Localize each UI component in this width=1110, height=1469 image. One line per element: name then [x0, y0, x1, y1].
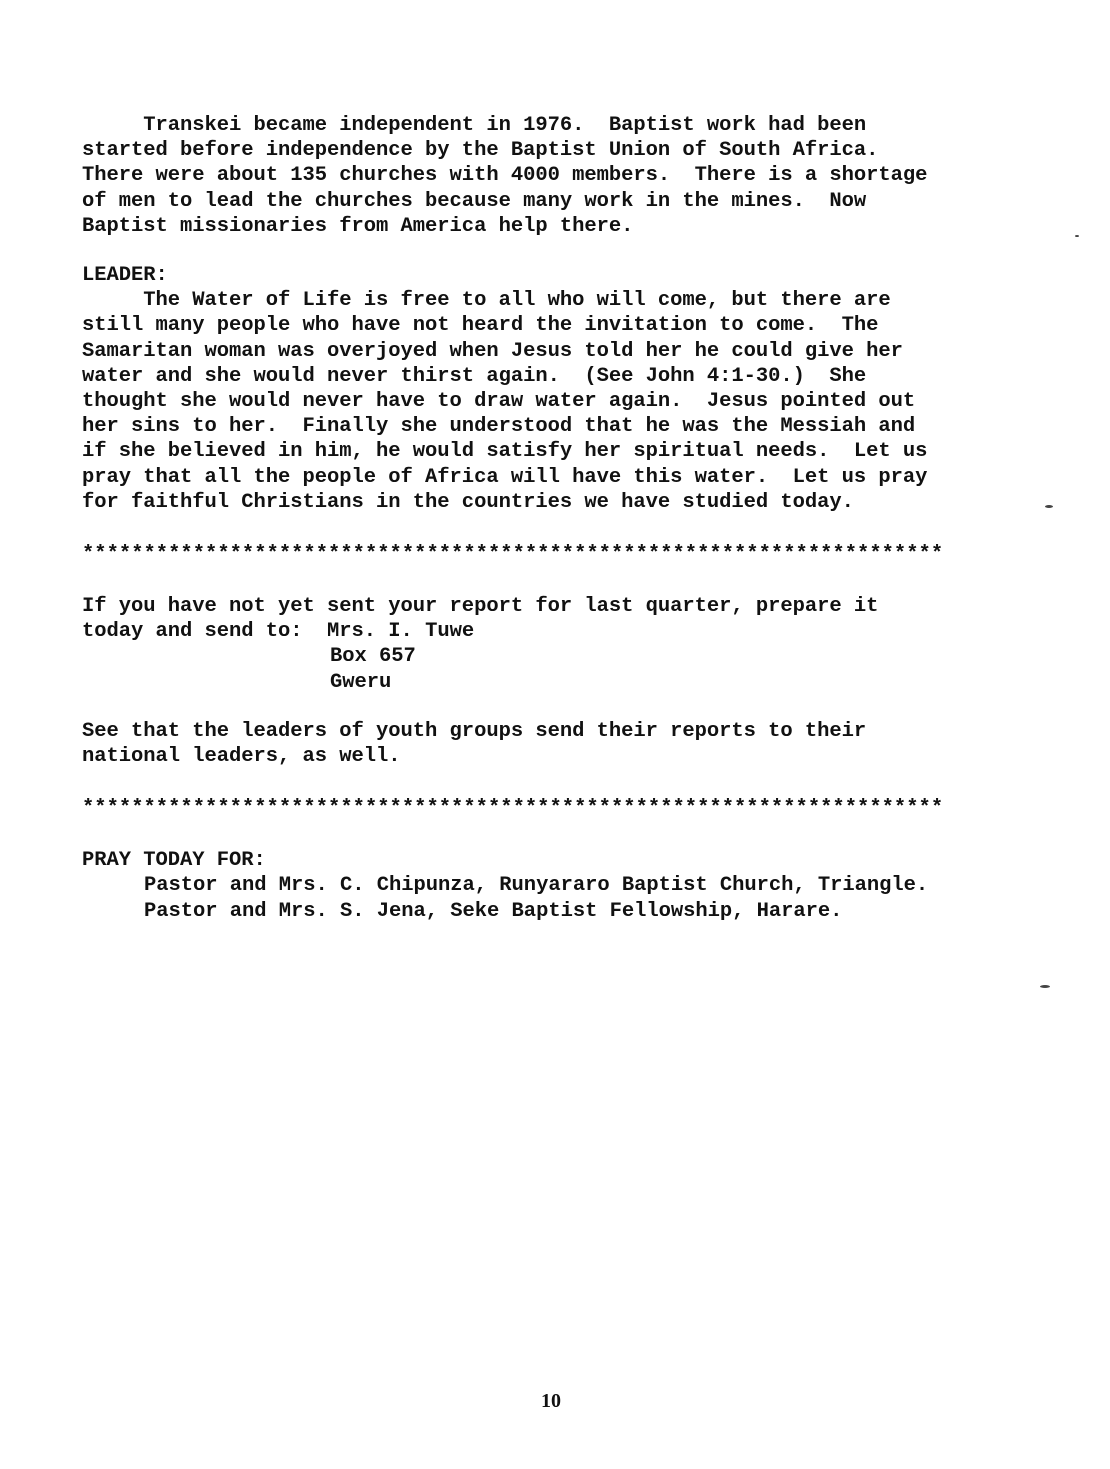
text-line: See that the leaders of youth groups sen… — [82, 719, 962, 744]
address-name: Mrs. I. Tuwe — [327, 620, 474, 643]
leader-heading: LEADER: — [82, 263, 962, 288]
text-line: pray that all the people of Africa will … — [82, 465, 962, 490]
intro-paragraph: Transkei became independent in 1976. Bap… — [82, 113, 962, 239]
send-to-label: today and send to: — [82, 620, 327, 643]
text-line: still many people who have not heard the… — [82, 313, 962, 338]
youth-section: See that the leaders of youth groups sen… — [82, 719, 962, 769]
address-box: Box 657 — [82, 644, 962, 669]
scan-speck — [1045, 505, 1053, 508]
report-section: If you have not yet sent your report for… — [82, 594, 962, 695]
asterisk-separator: ****************************************… — [82, 796, 962, 821]
text-line: started before independence by the Bapti… — [82, 138, 962, 163]
text-line: thought she would never have to draw wat… — [82, 389, 962, 414]
text-line: if she believed in him, he would satisfy… — [82, 439, 962, 464]
page-number: 10 — [0, 1390, 1110, 1413]
text-line: national leaders, as well. — [82, 744, 962, 769]
text-line: If you have not yet sent your report for… — [82, 594, 962, 619]
text-line: Baptist missionaries from America help t… — [82, 214, 962, 239]
address-city: Gweru — [82, 670, 962, 695]
text-line: There were about 135 churches with 4000 … — [82, 163, 962, 188]
text-line: for faithful Christians in the countries… — [82, 490, 962, 515]
scan-speck — [1075, 235, 1079, 237]
document-page: Transkei became independent in 1976. Bap… — [82, 113, 962, 924]
text-line: of men to lead the churches because many… — [82, 189, 962, 214]
asterisk-separator: ****************************************… — [82, 542, 962, 567]
text-line: her sins to her. Finally she understood … — [82, 414, 962, 439]
pray-section: PRAY TODAY FOR: Pastor and Mrs. C. Chipu… — [82, 848, 962, 924]
text-line: today and send to: Mrs. I. Tuwe — [82, 619, 962, 644]
text-line: water and she would never thirst again. … — [82, 364, 962, 389]
leader-section: LEADER: The Water of Life is free to all… — [82, 263, 962, 515]
prayer-item: Pastor and Mrs. C. Chipunza, Runyararo B… — [82, 873, 962, 898]
scan-speck — [1040, 985, 1050, 988]
text-line: The Water of Life is free to all who wil… — [82, 288, 962, 313]
pray-heading: PRAY TODAY FOR: — [82, 848, 962, 873]
text-line: Samaritan woman was overjoyed when Jesus… — [82, 339, 962, 364]
prayer-item: Pastor and Mrs. S. Jena, Seke Baptist Fe… — [82, 899, 962, 924]
text-line: Transkei became independent in 1976. Bap… — [82, 113, 962, 138]
